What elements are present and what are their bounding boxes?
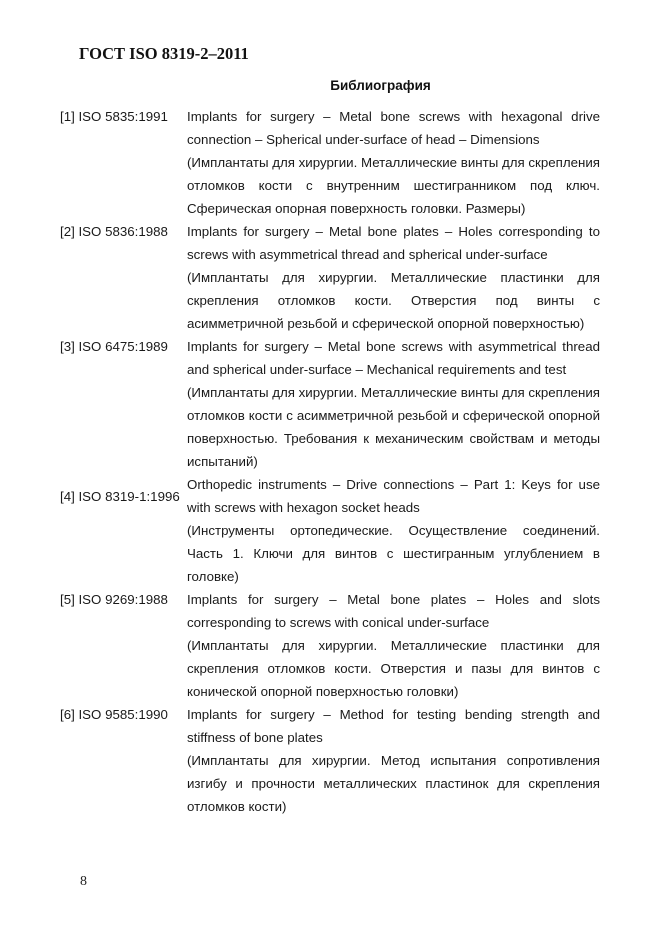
bibliography-list: [1] ISO 5835:1991 Implants for surgery –… <box>60 105 600 818</box>
bibliography-entry: [1] ISO 5835:1991 Implants for surgery –… <box>60 105 600 220</box>
reference-body: Implants for surgery – Method for testin… <box>187 703 600 818</box>
reference-id: [1] ISO 5835:1991 <box>60 105 187 220</box>
page-number: 8 <box>80 874 87 890</box>
reference-russian-title: (Имплантаты для хирургии. Метод испытани… <box>187 749 600 818</box>
reference-id: [3] ISO 6475:1989 <box>60 335 187 473</box>
bibliography-entry: [6] ISO 9585:1990 Implants for surgery –… <box>60 703 600 818</box>
reference-id: [6] ISO 9585:1990 <box>60 703 187 818</box>
reference-russian-title: (Имплантаты для хирургии. Металлические … <box>187 151 600 220</box>
bibliography-entry: [2] ISO 5836:1988 Implants for surgery –… <box>60 220 600 335</box>
reference-id: [2] ISO 5836:1988 <box>60 220 187 335</box>
reference-russian-title: (Имплантаты для хирургии. Металлические … <box>187 634 600 703</box>
reference-body: Orthopedic instruments – Drive connectio… <box>187 473 600 588</box>
bibliography-entry: [3] ISO 6475:1989 Implants for surgery –… <box>60 335 600 473</box>
reference-english-title: Implants for surgery – Metal bone plates… <box>187 588 600 634</box>
reference-english-title: Orthopedic instruments – Drive connectio… <box>187 473 600 519</box>
reference-english-title: Implants for surgery – Metal bone screws… <box>187 105 600 151</box>
reference-body: Implants for surgery – Metal bone plates… <box>187 220 600 335</box>
bibliography-title: Библиография <box>0 78 661 93</box>
reference-id: [5] ISO 9269:1988 <box>60 588 187 703</box>
reference-russian-title: (Имплантаты для хирургии. Металлические … <box>187 381 600 473</box>
reference-body: Implants for surgery – Metal bone screws… <box>187 335 600 473</box>
reference-russian-title: (Инструменты ортопедические. Осуществлен… <box>187 519 600 588</box>
reference-russian-title: (Имплантаты для хирургии. Металлические … <box>187 266 600 335</box>
reference-body: Implants for surgery – Metal bone screws… <box>187 105 600 220</box>
bibliography-entry: [4] ISO 8319-1:1996 Orthopedic instrumen… <box>60 473 600 588</box>
reference-body: Implants for surgery – Metal bone plates… <box>187 588 600 703</box>
reference-english-title: Implants for surgery – Metal bone screws… <box>187 335 600 381</box>
bibliography-entry: [5] ISO 9269:1988 Implants for surgery –… <box>60 588 600 703</box>
reference-english-title: Implants for surgery – Metal bone plates… <box>187 220 600 266</box>
reference-id: [4] ISO 8319-1:1996 <box>60 473 187 519</box>
reference-english-title: Implants for surgery – Method for testin… <box>187 703 600 749</box>
document-code-header: ГОСТ ISO 8319-2–2011 <box>79 44 249 64</box>
